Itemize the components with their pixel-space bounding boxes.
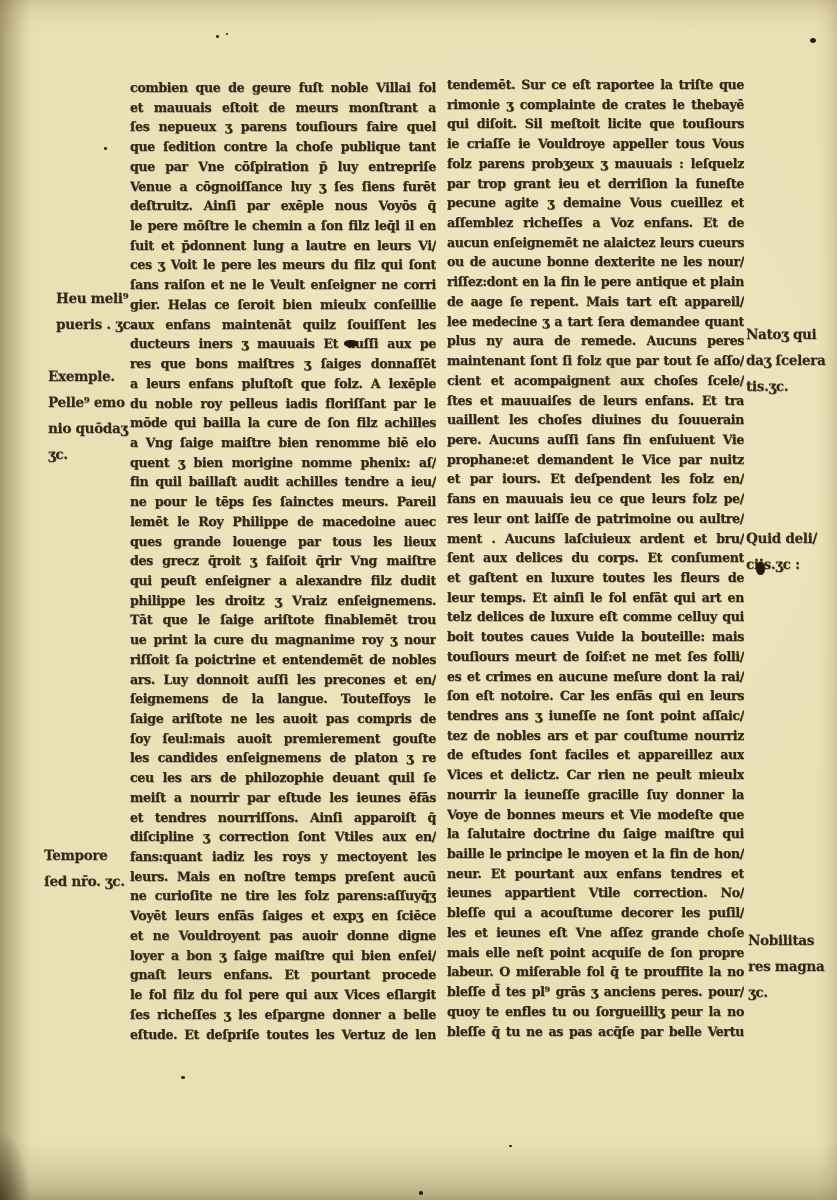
text-line: Natoʒ qui (746, 322, 825, 348)
text-line: Quid deli/ (746, 526, 817, 552)
text-line: par trop grant ieu et derriſion la funeſ… (447, 174, 744, 194)
text-line: a Vng ſaige maiſtre bien renomme biē elo (130, 433, 436, 453)
text-line: pecune agite ʒ demaine Vous cueillez et (447, 193, 744, 213)
text-line: es et crimes en aucune meſure dont la ra… (447, 667, 744, 687)
ink-speck (226, 33, 228, 35)
text-line: tis.ʒc. (746, 374, 825, 400)
text-line: leurs. Mais en noſtre temps preſent aucū (130, 867, 436, 887)
margin-note-left-3: Temporeſed nr̄o. ʒc. (44, 843, 125, 895)
text-line: Voyēt leurs enfās ſaiges et expʒ en ſciē… (130, 906, 436, 926)
text-line: le fol filz du fol pere qui aux Vices eſ… (130, 985, 436, 1005)
text-line: ne pour le tēps ſes ſainctes meurs. Pare… (130, 492, 436, 512)
text-line: tendemēt. Sur ce eſt raportee la triſte … (447, 75, 744, 95)
text-line: a leurs enfans pluſtoſt que folz. A lexē… (130, 374, 436, 394)
text-line: ducteurs iners ʒ mauuais Et auſſi aux pe (130, 334, 436, 354)
text-line: ques grande louenge par tous les lieux (130, 532, 436, 552)
text-line: ſoy ſeul:mais auoit premierement gouſte (130, 729, 436, 749)
text-line: que ſedition contre la choſe publique ta… (130, 137, 436, 157)
ink-blot (344, 340, 358, 347)
text-line: gier. Helas ce ſeroit bien mieulx conſei… (130, 295, 436, 315)
text-line: Tempore (44, 843, 125, 869)
text-line: ceu les ars de philozophie deuant quil ſ… (130, 768, 436, 788)
text-line: folz parens probʒeux ʒ mauuais : leſquel… (447, 154, 744, 174)
text-line: plus ny aura de remede. Aucuns peres (447, 331, 744, 351)
text-line: ſon eſt notoire. Car les enfās qui en le… (447, 686, 744, 706)
text-column-left: combien que de geure fuſt noble Villai f… (130, 78, 436, 1044)
ink-speck (419, 1191, 423, 1195)
text-line: aſſemblez richeſſes a Voz enfans. Et de (447, 213, 744, 233)
text-line: ſuit et p̄donnent lung a lautre en leurs… (130, 236, 436, 256)
text-line: pueris . ʒc. (56, 312, 135, 338)
text-line: ieunes appartient Vtile correction. No/ (447, 883, 744, 903)
ink-speck (181, 1076, 185, 1079)
text-line: mōde qui bailla la cure de ſon filz achi… (130, 413, 436, 433)
text-line: fans:quant iadiz les roys y mectoyent le… (130, 847, 436, 867)
text-line: ʒc. (748, 980, 824, 1006)
text-line: fans en mauuais ieu ce que leurs folz pe… (447, 489, 744, 509)
text-line: ſent aux delices du corps. Et conſument (447, 548, 744, 568)
ink-speck (810, 38, 816, 43)
text-line: eſtude. Et deſpriſe toutes les Vertuz de… (130, 1025, 436, 1045)
text-line: aucun enſeignemēt ne alaictez leurs cueu… (447, 233, 744, 253)
text-line: leur temps. Et ainſi le fol enfāt qui ar… (447, 588, 744, 608)
text-line: que par Vne cōſpiration p̄ luy entrepriſ… (130, 157, 436, 177)
text-line: et par iours. Et deſpendent les folz en/ (447, 469, 744, 489)
text-line: des grecz q̄roit ʒ faiſoit q̄rir Vng mai… (130, 551, 436, 571)
text-line: aux enfans maintenāt quilz ſouiſſent les (130, 315, 436, 335)
text-line: bleſſe d̄ tes pl⁹ grās ʒ anciens peres. … (447, 982, 744, 1002)
book-page-scan: combien que de geure fuſt noble Villai f… (0, 0, 837, 1200)
text-line: Venue a cōgnoiſſance luy ʒ ſes ſiens fur… (130, 177, 436, 197)
text-line: labeur. O miſerable fol q̄ te prouffite … (447, 962, 744, 982)
text-line: fin quil baillaſt audit achilles tendre … (130, 472, 436, 492)
text-line: loyer a bon ʒ ſaige maiſtre qui bien enſ… (130, 946, 436, 966)
text-line: philippe les droitz ʒ Vraiz enſeignemens… (130, 591, 436, 611)
text-line: ment . Aucuns laſciuieux ardent et bru/ (447, 529, 744, 549)
ink-speck (216, 35, 219, 38)
text-line: nio quōdaʒ (48, 416, 128, 442)
margin-note-right-1: Natoʒ quidaʒ ſceleratis.ʒc. (746, 322, 825, 400)
text-line: ſans raiſon et ne le Veult enſeigner ne … (130, 275, 436, 295)
text-line: qui diſoit. Sil meſtoit licite que touſi… (447, 114, 744, 134)
text-line: riſſez:dont en la fin le pere antique et… (447, 272, 744, 292)
text-line: ſaige ariſtote ne les auoit pas compris … (130, 709, 436, 729)
text-line: Tāt que le ſaige ariſtote finablemēt tro… (130, 610, 436, 630)
text-line: daʒ ſcelera (746, 348, 825, 374)
text-line: les et ieunes eſt Vne aſſez grande choſe (447, 923, 744, 943)
text-line: bleſſe q̄ tu ne as pas acq̄ſe par belle … (447, 1022, 744, 1042)
text-line: mais elle neſt point acquiſe de ſon prop… (447, 943, 744, 963)
text-line: ſtes et mauuaiſes de leurs enfans. Et tr… (447, 391, 744, 411)
text-line: les candides enſeignemens de platon ʒ re (130, 748, 436, 768)
text-line: riſſoit ſa poictrine et entendemēt de no… (130, 650, 436, 670)
text-line: prophane:et demandent le Vice par nuitz (447, 450, 744, 470)
text-line: rimonie ʒ complainte de crates le thebay… (447, 95, 744, 115)
text-line: Nobilitas (748, 928, 824, 954)
text-line: diſcipline ʒ correction ſont Vtiles aux … (130, 827, 436, 847)
text-line: uaillent les choſes diuines du ſouuerain (447, 410, 744, 430)
text-line: baille le principe le moyen et la fin de… (447, 844, 744, 864)
text-line: neur. Et pourtant aux enfans tendres et (447, 864, 744, 884)
text-line: du noble roy pelleus iadis floriſſant pa… (130, 394, 436, 414)
text-line: ces ʒ Voit le pere les meurs du filz qui… (130, 255, 436, 275)
text-line: ſed nr̄o. ʒc. (44, 869, 125, 895)
text-line: tez de nobles ars et par couſtume nourri… (447, 726, 744, 746)
text-line: ſeignemens de la langue. Touteſfoys le (130, 689, 436, 709)
text-line: gnaſt leurs enfans. Et pourtant procede (130, 965, 436, 985)
text-line: de aage ſe repent. Mais tart eſt apparei… (447, 292, 744, 312)
text-column-right: tendemēt. Sur ce eſt raportee la triſte … (447, 75, 744, 1041)
text-line: telz delices de luxure eſt comme celluy … (447, 607, 744, 627)
text-line: nourrir la ieuneſſe gracille ſuy donner … (447, 785, 744, 805)
text-line: de eſtudes ſont faciles et appareillez a… (447, 745, 744, 765)
text-line: ſes richeſſes ʒ les eſpargne donner a be… (130, 1005, 436, 1025)
ink-speck (509, 1145, 512, 1147)
text-line: lemēt le Roy Philippe de macedoine auec (130, 512, 436, 532)
ink-blot (756, 562, 765, 575)
text-line: ie criaſſe ie Vouldroye appeller tous Vo… (447, 134, 744, 154)
text-line: tendres ans ʒ iuneſſe ne ſont point aſſa… (447, 706, 744, 726)
text-line: deſtruitz. Ainſi par exēple nous Voyōs q… (130, 196, 436, 216)
text-line: quoy te enfles tu ou ſorgueilliʒ peur la… (447, 1002, 744, 1022)
text-line: et gaſtent en luxure toutes les fleurs d… (447, 568, 744, 588)
scan-corner-shadow (0, 1130, 30, 1200)
text-line: meiſt a nourrir par eſtude les ieunes ēf… (130, 788, 436, 808)
text-line: ou de aucune bonne dexterite ne les nour… (447, 252, 744, 272)
text-line: et mauuais eſtoit de meurs monſtrant a (130, 98, 436, 118)
text-line: ue print la cure du magnanime roy ʒ nour (130, 630, 436, 650)
text-line: maintenant ſont ſi folz que par tout ſe … (447, 351, 744, 371)
margin-note-left-2: Exemple.Pelle⁹ emonio quōdaʒʒc. (48, 364, 128, 468)
text-line: Voye de bonnes meurs et Vie modeſte que (447, 805, 744, 825)
text-line: qui peuſt enſeigner a alexandre filz dud… (130, 571, 436, 591)
text-line: quent ʒ bien morigine nomme phenix: aſ/ (130, 453, 436, 473)
text-line: bleſſe qui a acouſtume decorer les puſil… (447, 903, 744, 923)
text-line: res leur ont laiſſe de patrimoine ou aul… (447, 509, 744, 529)
text-line: Vices et delictz. Car rien ne peult mieu… (447, 765, 744, 785)
text-line: et tendres nourriſſons. Ainſi apparoiſt … (130, 808, 436, 828)
text-line: ars. Luy donnoit auſſi les precones et e… (130, 670, 436, 690)
text-line: Exemple. (48, 364, 128, 390)
text-line: lee medecine ʒ a tart ſera demandee quan… (447, 312, 744, 332)
text-line: pere. Aucuns auſſi ſans fin enſuiuent Vi… (447, 430, 744, 450)
text-line: la ſalutaire doctrine du ſaige maiſtre q… (447, 824, 744, 844)
ink-speck (104, 147, 107, 150)
text-line: combien que de geure fuſt noble Villai f… (130, 78, 436, 98)
text-line: et ne Vouldroyent pas auoir donne digne (130, 926, 436, 946)
text-line: touſiours meurt de ſoif:et ne met ſes fo… (447, 647, 744, 667)
text-line: ne curioſite ne tire les folz parens:aſſ… (130, 886, 436, 906)
text-line: Heu meli⁹ (56, 286, 135, 312)
margin-note-left-1: Heu meli⁹pueris . ʒc. (56, 286, 135, 338)
margin-note-right-3: Nobilitasres magnaʒc. (748, 928, 824, 1006)
text-line: cient et acompaignent aux choſes ſcele/ (447, 371, 744, 391)
text-line: res que bons maiſtres ʒ ſaiges donnaſſēt (130, 354, 436, 374)
text-line: ſes nepueux ʒ parens touſiours faire que… (130, 117, 436, 137)
text-line: Pelle⁹ emo (48, 390, 128, 416)
text-line: boit toutes caues Vuide la bouteille: ma… (447, 627, 744, 647)
text-line: ʒc. (48, 442, 128, 468)
text-line: le pere mōſtre le chemin a ſon filz leq̄… (130, 216, 436, 236)
text-line: res magna (748, 954, 824, 980)
